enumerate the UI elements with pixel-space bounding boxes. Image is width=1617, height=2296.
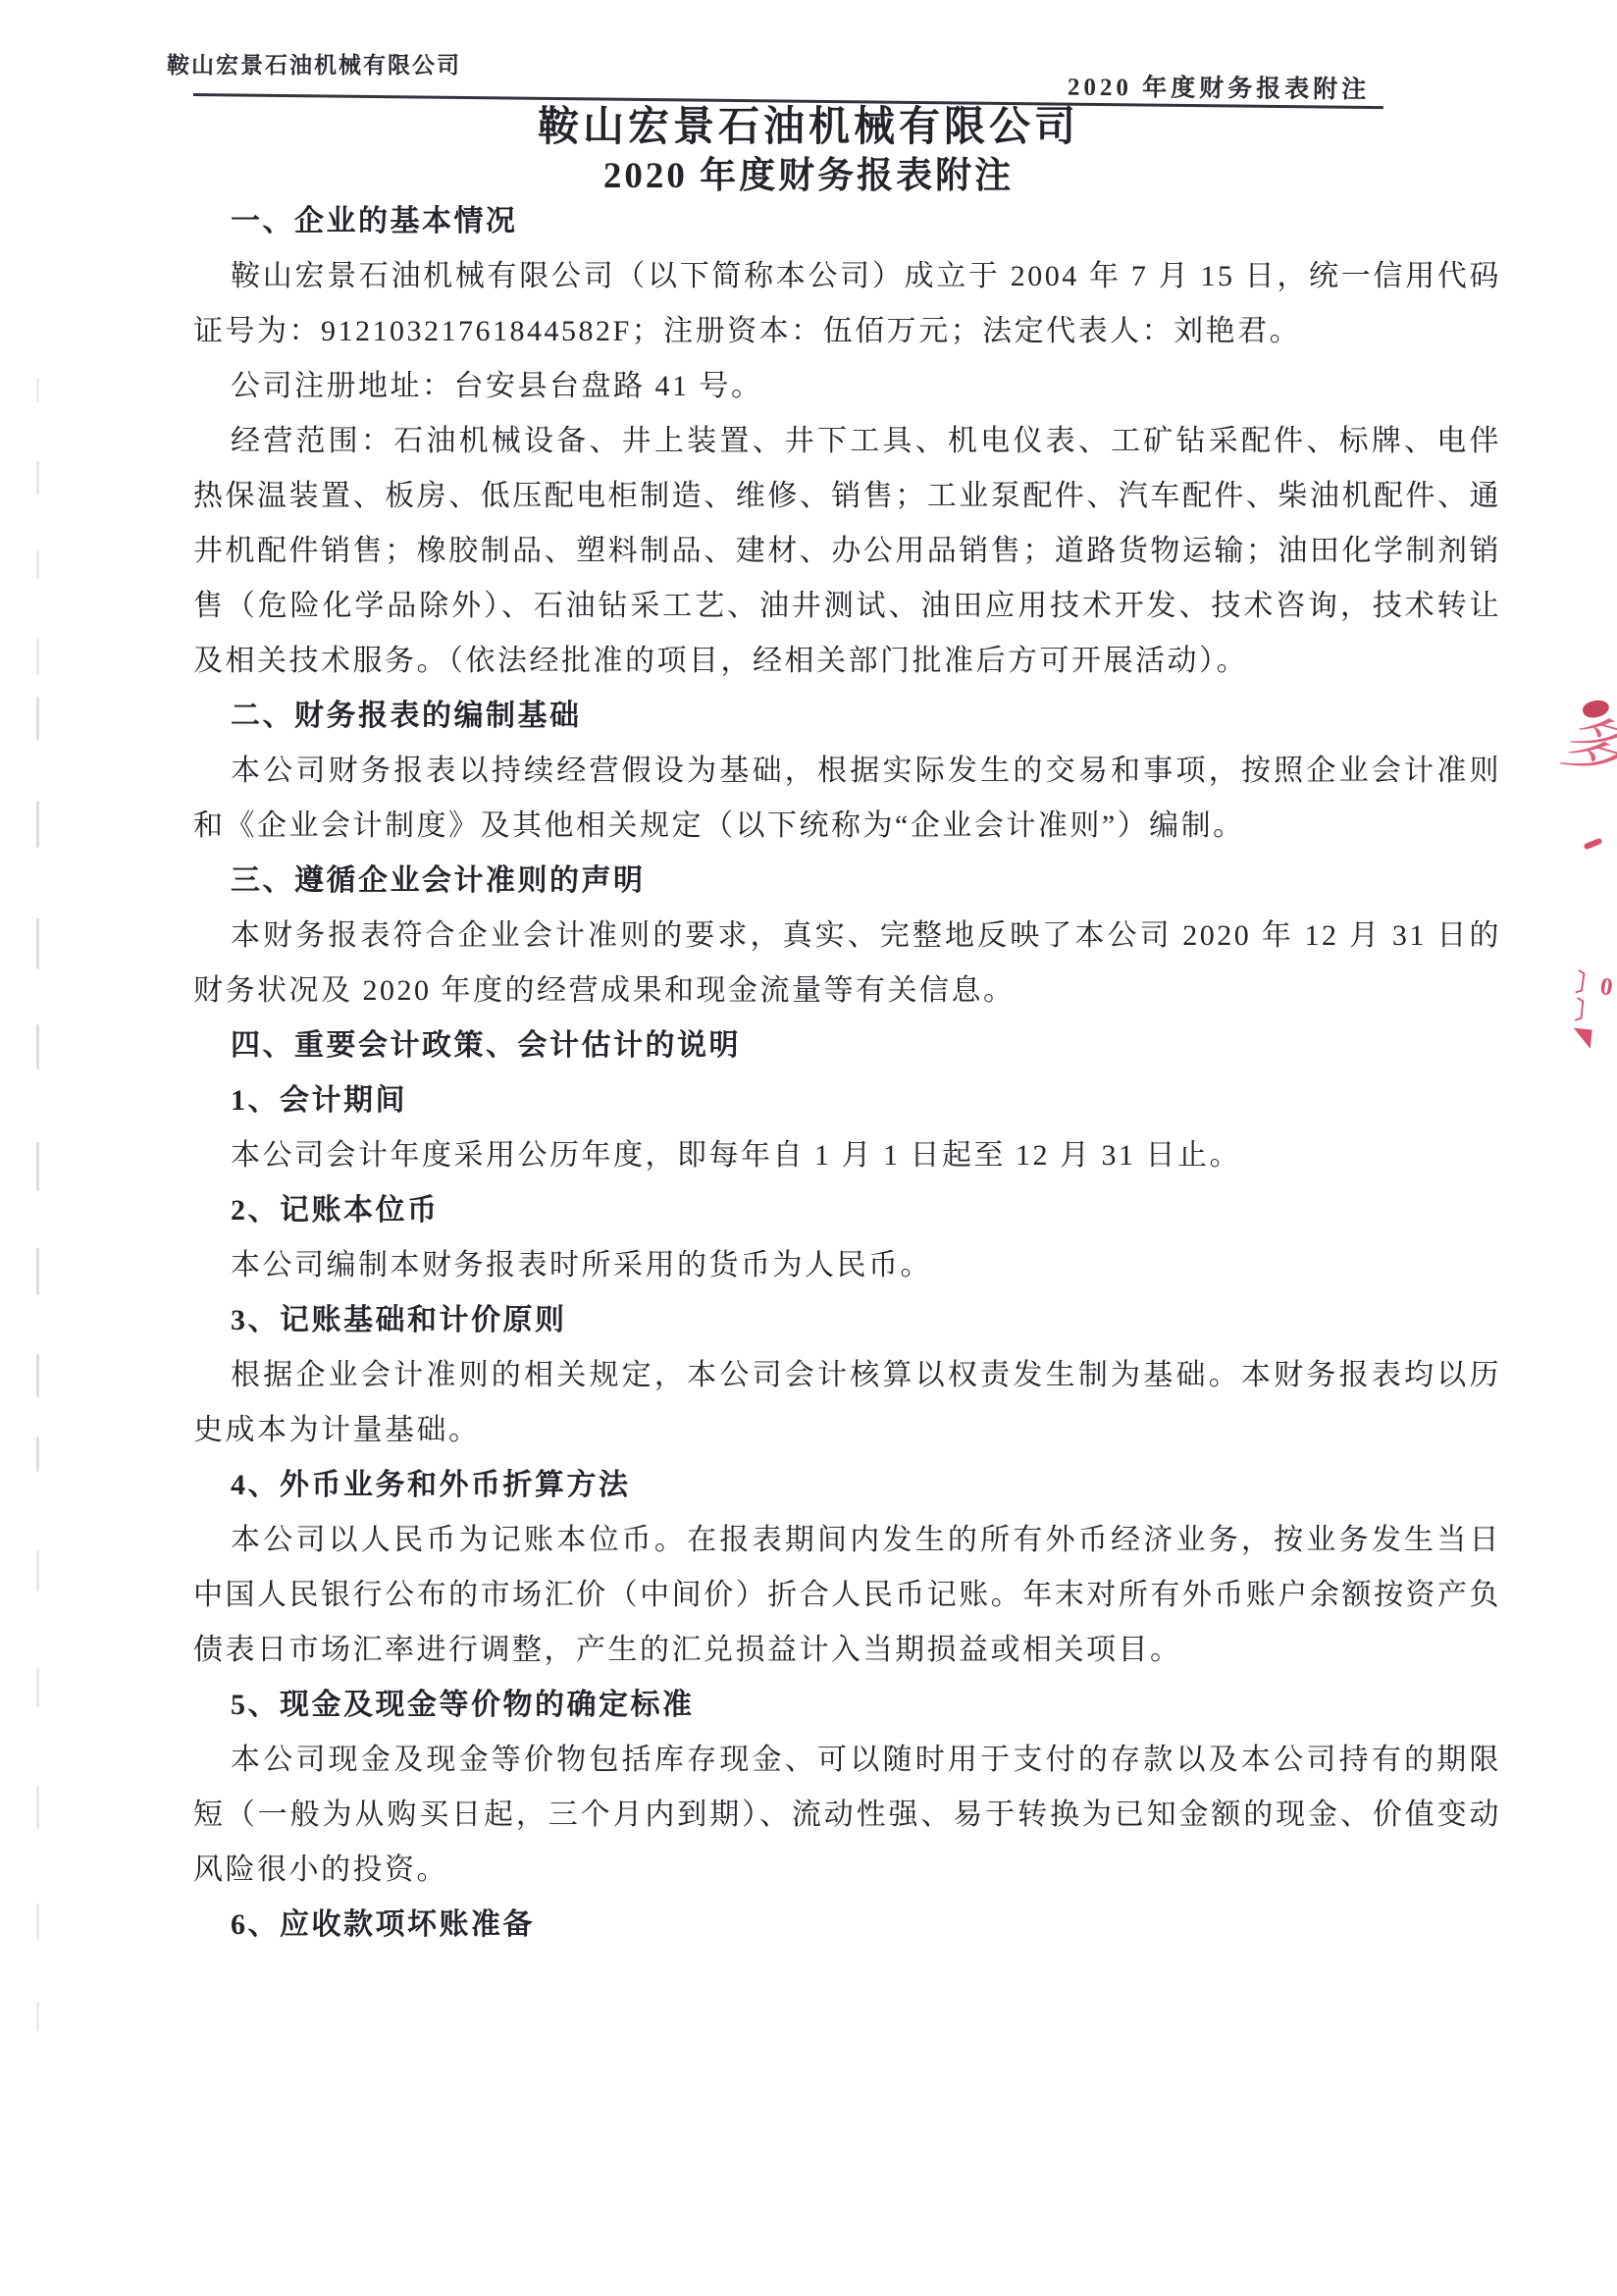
- paragraph: 根据企业会计准则的相关规定，本公司会计核算以权责发生制为基础。本财务报表均以历史…: [193, 1348, 1501, 1458]
- paragraph: 鞍山宏景石油机械有限公司（以下简称本公司）成立于 2004 年 7 月 15 日…: [193, 249, 1501, 359]
- paragraph: 本公司会计年度采用公历年度，即每年自 1 月 1 日起至 12 月 31 日止。: [193, 1128, 1501, 1183]
- paragraph: 本公司财务报表以持续经营假设为基础，根据实际发生的交易和事项，按照企业会计准则和…: [193, 744, 1501, 854]
- scan-artifact-dash: [36, 1024, 39, 1070]
- document-title-company: 鞍山宏景石油机械有限公司: [0, 94, 1617, 153]
- page-header-company: 鞍山宏景石油机械有限公司: [167, 47, 461, 79]
- scan-artifact-dash: [36, 1248, 39, 1295]
- document-title-report: 2020 年度财务报表附注: [0, 145, 1617, 198]
- paragraph: 公司注册地址：台安县台盘路 41 号。: [193, 359, 1501, 414]
- scan-artifact-dash: [36, 1668, 39, 1707]
- section-heading: 4、外币业务和外币折算方法: [193, 1458, 1501, 1513]
- paragraph: 本公司以人民币为记账本位币。在报表期间内发生的所有外币经济业务，按业务发生当日中…: [193, 1513, 1501, 1678]
- red-ink-mark-row2: 〕◥: [1571, 999, 1617, 1054]
- section-heading: 5、现金及现金等价物的确定标准: [193, 1678, 1501, 1733]
- scan-artifact-dash: [36, 2002, 39, 2031]
- scan-artifact-dash: [36, 1550, 39, 1592]
- paragraph: 本财务报表符合企业会计准则的要求，真实、完整地反映了本公司 2020 年 12 …: [193, 909, 1501, 1018]
- paragraph: 本公司现金及现金等价物包括库存现金、可以随时用于支付的存款以及本公司持有的期限短…: [193, 1733, 1501, 1898]
- red-ink-scribble: 多: [1553, 710, 1617, 785]
- document-body: 一、企业的基本情况鞍山宏景石油机械有限公司（以下简称本公司）成立于 2004 年…: [193, 194, 1501, 1953]
- section-heading: 3、记账基础和计价原则: [193, 1293, 1501, 1348]
- paragraph: 本公司编制本财务报表时所采用的货币为人民币。: [193, 1238, 1501, 1293]
- red-ink-mark-row1: 〕0: [1574, 971, 1614, 1002]
- scan-artifact-dash: [36, 1786, 39, 1829]
- scan-artifact-dash: [36, 801, 39, 848]
- scan-artifact-dash: [36, 378, 39, 403]
- scanned-page: 鞍山宏景石油机械有限公司 2020 年度财务报表附注 鞍山宏景石油机械有限公司 …: [0, 0, 1617, 2296]
- scan-artifact-dash: [36, 461, 39, 495]
- scan-artifact-dash: [36, 918, 39, 969]
- scan-artifact-dash: [36, 549, 39, 579]
- section-heading: 1、会计期间: [193, 1073, 1501, 1128]
- section-heading: 一、企业的基本情况: [193, 194, 1501, 249]
- scan-artifact-dash: [36, 1904, 39, 1941]
- section-heading: 三、遵循企业会计准则的声明: [193, 854, 1501, 909]
- red-ink-tick: [1584, 838, 1603, 851]
- scan-artifact-dash: [36, 1354, 39, 1397]
- section-heading: 6、应收款项坏账准备: [193, 1898, 1501, 1953]
- paragraph: 经营范围：石油机械设备、井上装置、井下工具、机电仪表、工矿钻采配件、标牌、电伴热…: [193, 414, 1501, 689]
- section-heading: 2、记账本位币: [193, 1183, 1501, 1238]
- scan-artifact-dash: [36, 1142, 39, 1191]
- scan-artifact-dash: [36, 697, 39, 740]
- section-heading: 二、财务报表的编制基础: [193, 689, 1501, 744]
- section-heading: 四、重要会计政策、会计估计的说明: [193, 1018, 1501, 1073]
- scan-artifact-dash: [36, 638, 39, 675]
- scan-artifact-dash: [36, 1436, 39, 1472]
